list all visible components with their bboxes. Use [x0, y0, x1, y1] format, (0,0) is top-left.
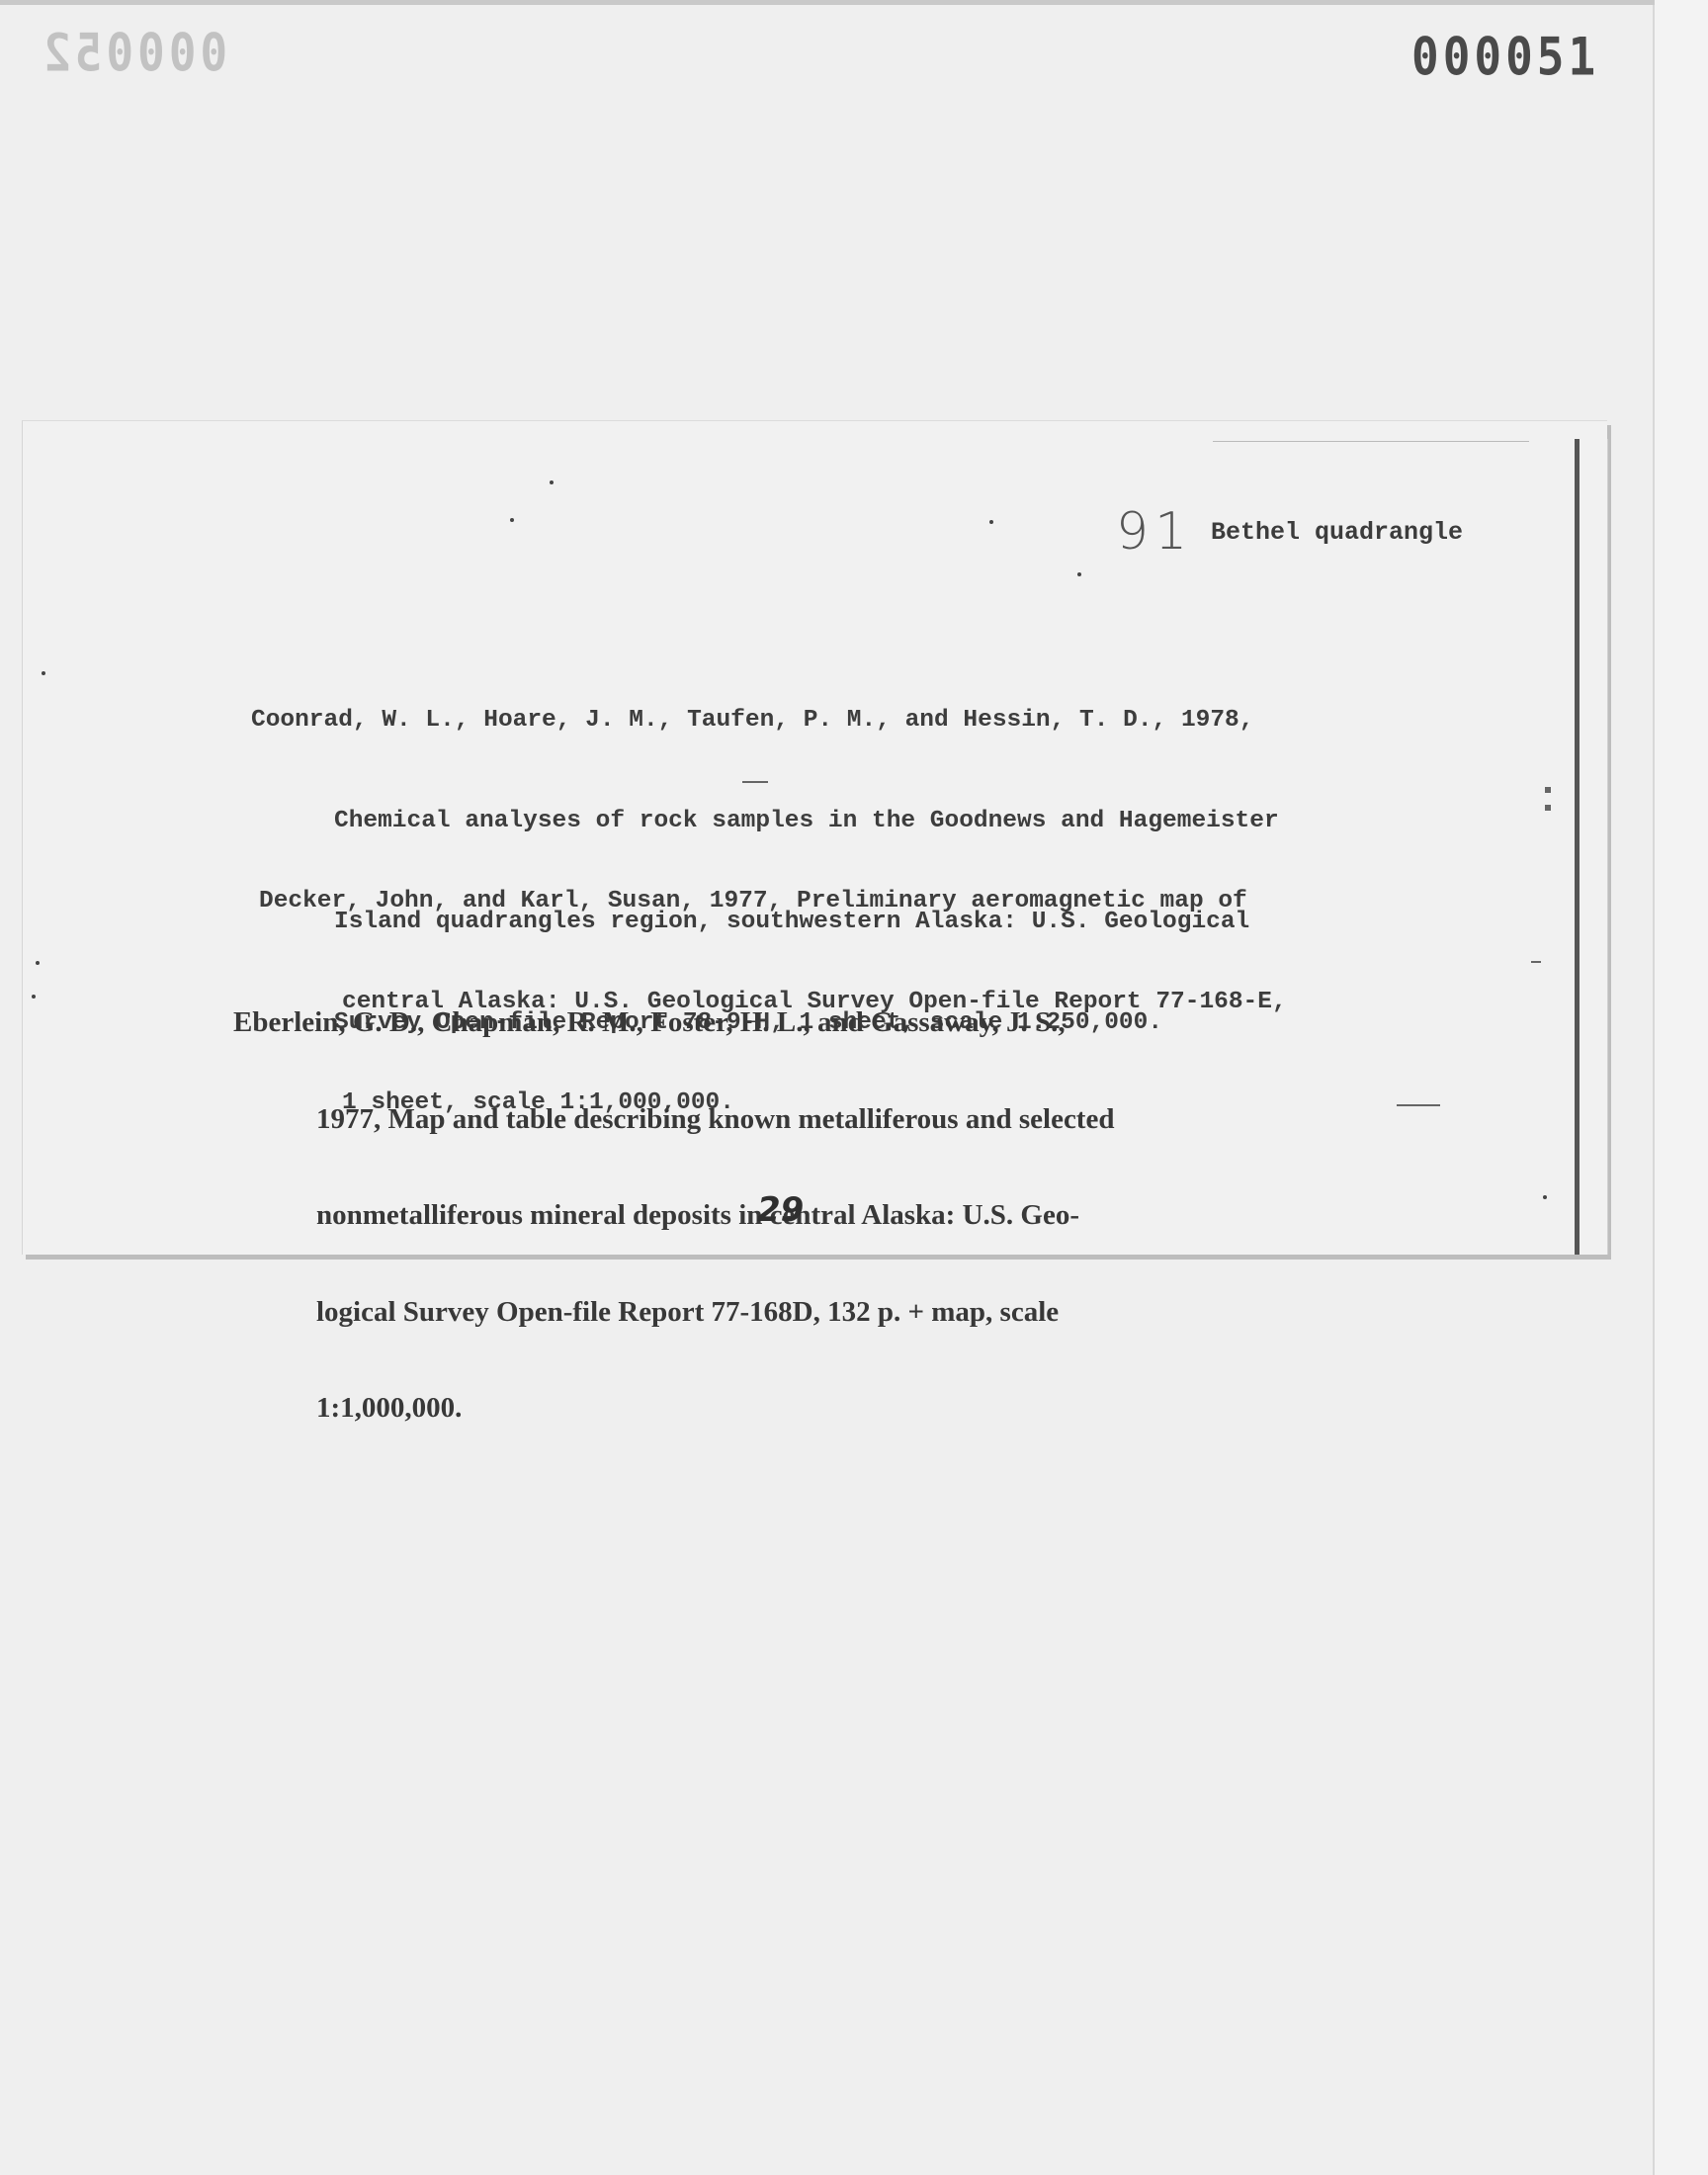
bibliography-card: 91 Bethel quadrangle Coonrad, W. L., Hoa… [22, 420, 1607, 1255]
reference-line: logical Survey Open-file Report 77-168D,… [233, 1296, 1114, 1329]
scan-mark [742, 781, 768, 783]
reference-line: Decker, John, and Karl, Susan, 1977, Pre… [259, 885, 1287, 918]
page-top-edge [0, 0, 1708, 5]
scan-speck [32, 995, 36, 999]
scan-mark [1545, 787, 1551, 793]
handwritten-page-number: 29 [757, 1190, 804, 1230]
scan-speck [989, 520, 993, 524]
reference-line: 1:1,000,000. [233, 1392, 1114, 1425]
bleedthrough-document-number: 000052 [40, 22, 227, 83]
scan-speck [510, 518, 514, 522]
scan-speck [42, 671, 45, 675]
reference-line: Eberlein, G. D., Chapman, R. M., Foster,… [233, 1006, 1114, 1039]
scan-mark [1397, 1104, 1440, 1106]
reference-line: nonmetalliferous mineral deposits in cen… [233, 1199, 1114, 1232]
scan-mark [1545, 805, 1551, 811]
handwritten-index-number: 91 [1116, 502, 1193, 562]
card-right-edge [1607, 439, 1608, 1255]
scan-mark [1531, 961, 1541, 963]
page-right-margin [1655, 0, 1708, 2175]
scan-mark [1213, 441, 1529, 442]
quadrangle-title: Bethel quadrangle [1211, 518, 1463, 547]
reference-entry-eberlein: Eberlein, G. D., Chapman, R. M., Foster,… [233, 942, 1114, 1489]
scan-speck [1077, 572, 1081, 576]
scan-speck [36, 961, 40, 965]
scan-speck [550, 480, 554, 484]
document-number: 000051 [1411, 26, 1599, 87]
card-edge-bar [1575, 439, 1580, 1255]
reference-line: Coonrad, W. L., Hoare, J. M., Taufen, P.… [251, 704, 1279, 738]
scan-speck [1543, 1195, 1547, 1199]
reference-line: 1977, Map and table describing known met… [233, 1103, 1114, 1136]
